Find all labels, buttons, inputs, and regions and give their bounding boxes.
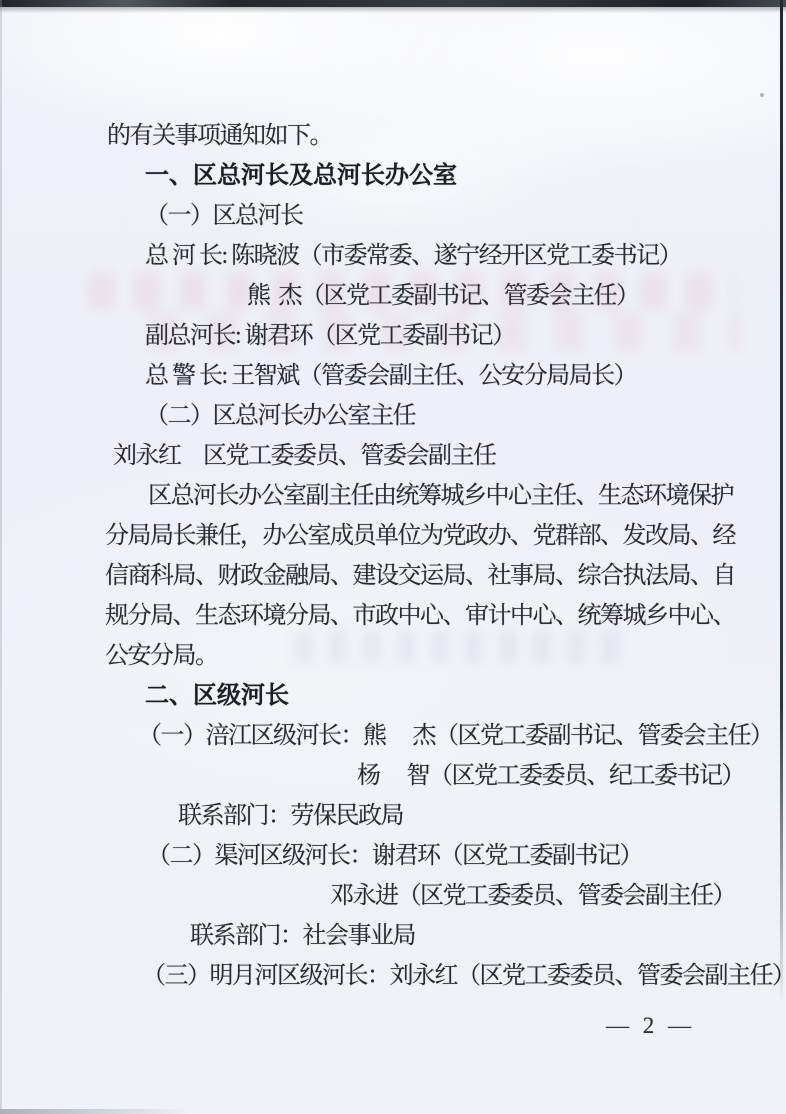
page-number: — 2 — xyxy=(606,1006,692,1046)
scan-edge-right xyxy=(780,0,783,1005)
heading-section-2: 二、区级河长 xyxy=(105,676,745,716)
line-deputy-chief: 副总河长: 谢君环（区党工委副书记） xyxy=(105,316,745,356)
line-police-chief: 总 警 长: 王智斌（管委会副主任、公安分局局长） xyxy=(105,356,745,396)
line-mingyuehe-chief: （三）明月河区级河长：刘永红（区党工委委员、管委会副主任） xyxy=(105,956,745,996)
paragraph-line-3: 信商科局、财政金融局、建设交运局、社事局、综合执法局、自 xyxy=(105,556,745,596)
scan-speck xyxy=(760,93,764,97)
scan-edge-left xyxy=(0,0,2,1114)
document-body: 的有关事项通知如下。 一、区总河长及总河长办公室 （一）区总河长 总 河 长: … xyxy=(105,116,745,996)
line-chief-river: 总 河 长: 陈晓波（市委常委、遂宁经开区党工委书记） xyxy=(105,236,745,276)
scan-edge-bottom xyxy=(0,1109,190,1114)
line-chief-river-2: 熊 杰（区党工委副书记、管委会主任） xyxy=(105,276,745,316)
line-quhe-chief-2: 邓永进（区党工委委员、管委会副主任） xyxy=(105,876,745,916)
paragraph-line-5: 公安分局。 xyxy=(105,636,745,676)
line-intro: 的有关事项通知如下。 xyxy=(105,116,745,156)
paragraph-line-4: 规分局、生态环境分局、市政中心、审计中心、统筹城乡中心、 xyxy=(105,596,745,636)
scan-edge-top xyxy=(0,0,786,7)
paragraph-line-2: 分局局长兼任，办公室成员单位为党政办、党群部、发改局、经 xyxy=(105,516,745,556)
subheading-1-2: （二）区总河长办公室主任 xyxy=(105,396,745,436)
line-fujiang-chief-2: 杨 智（区党工委委员、纪工委书记） xyxy=(105,756,745,796)
line-office-director: 刘永红 区党工委委员、管委会副主任 xyxy=(105,436,745,476)
line-quhe-chief: （二）渠河区级河长：谢君环（区党工委副书记） xyxy=(105,836,745,876)
heading-section-1: 一、区总河长及总河长办公室 xyxy=(105,156,745,196)
line-fujiang-chief: （一）涪江区级河长：熊 杰（区党工委副书记、管委会主任） xyxy=(105,716,745,756)
subheading-1-1: （一）区总河长 xyxy=(105,196,745,236)
line-contact-dept-2: 联系部门：社会事业局 xyxy=(105,916,745,956)
paragraph-line-1: 区总河长办公室副主任由统筹城乡中心主任、生态环境保护 xyxy=(105,476,745,516)
line-contact-dept-1: 联系部门：劳保民政局 xyxy=(105,796,745,836)
scanned-document-page: 的有关事项通知如下。 一、区总河长及总河长办公室 （一）区总河长 总 河 长: … xyxy=(0,0,786,1114)
